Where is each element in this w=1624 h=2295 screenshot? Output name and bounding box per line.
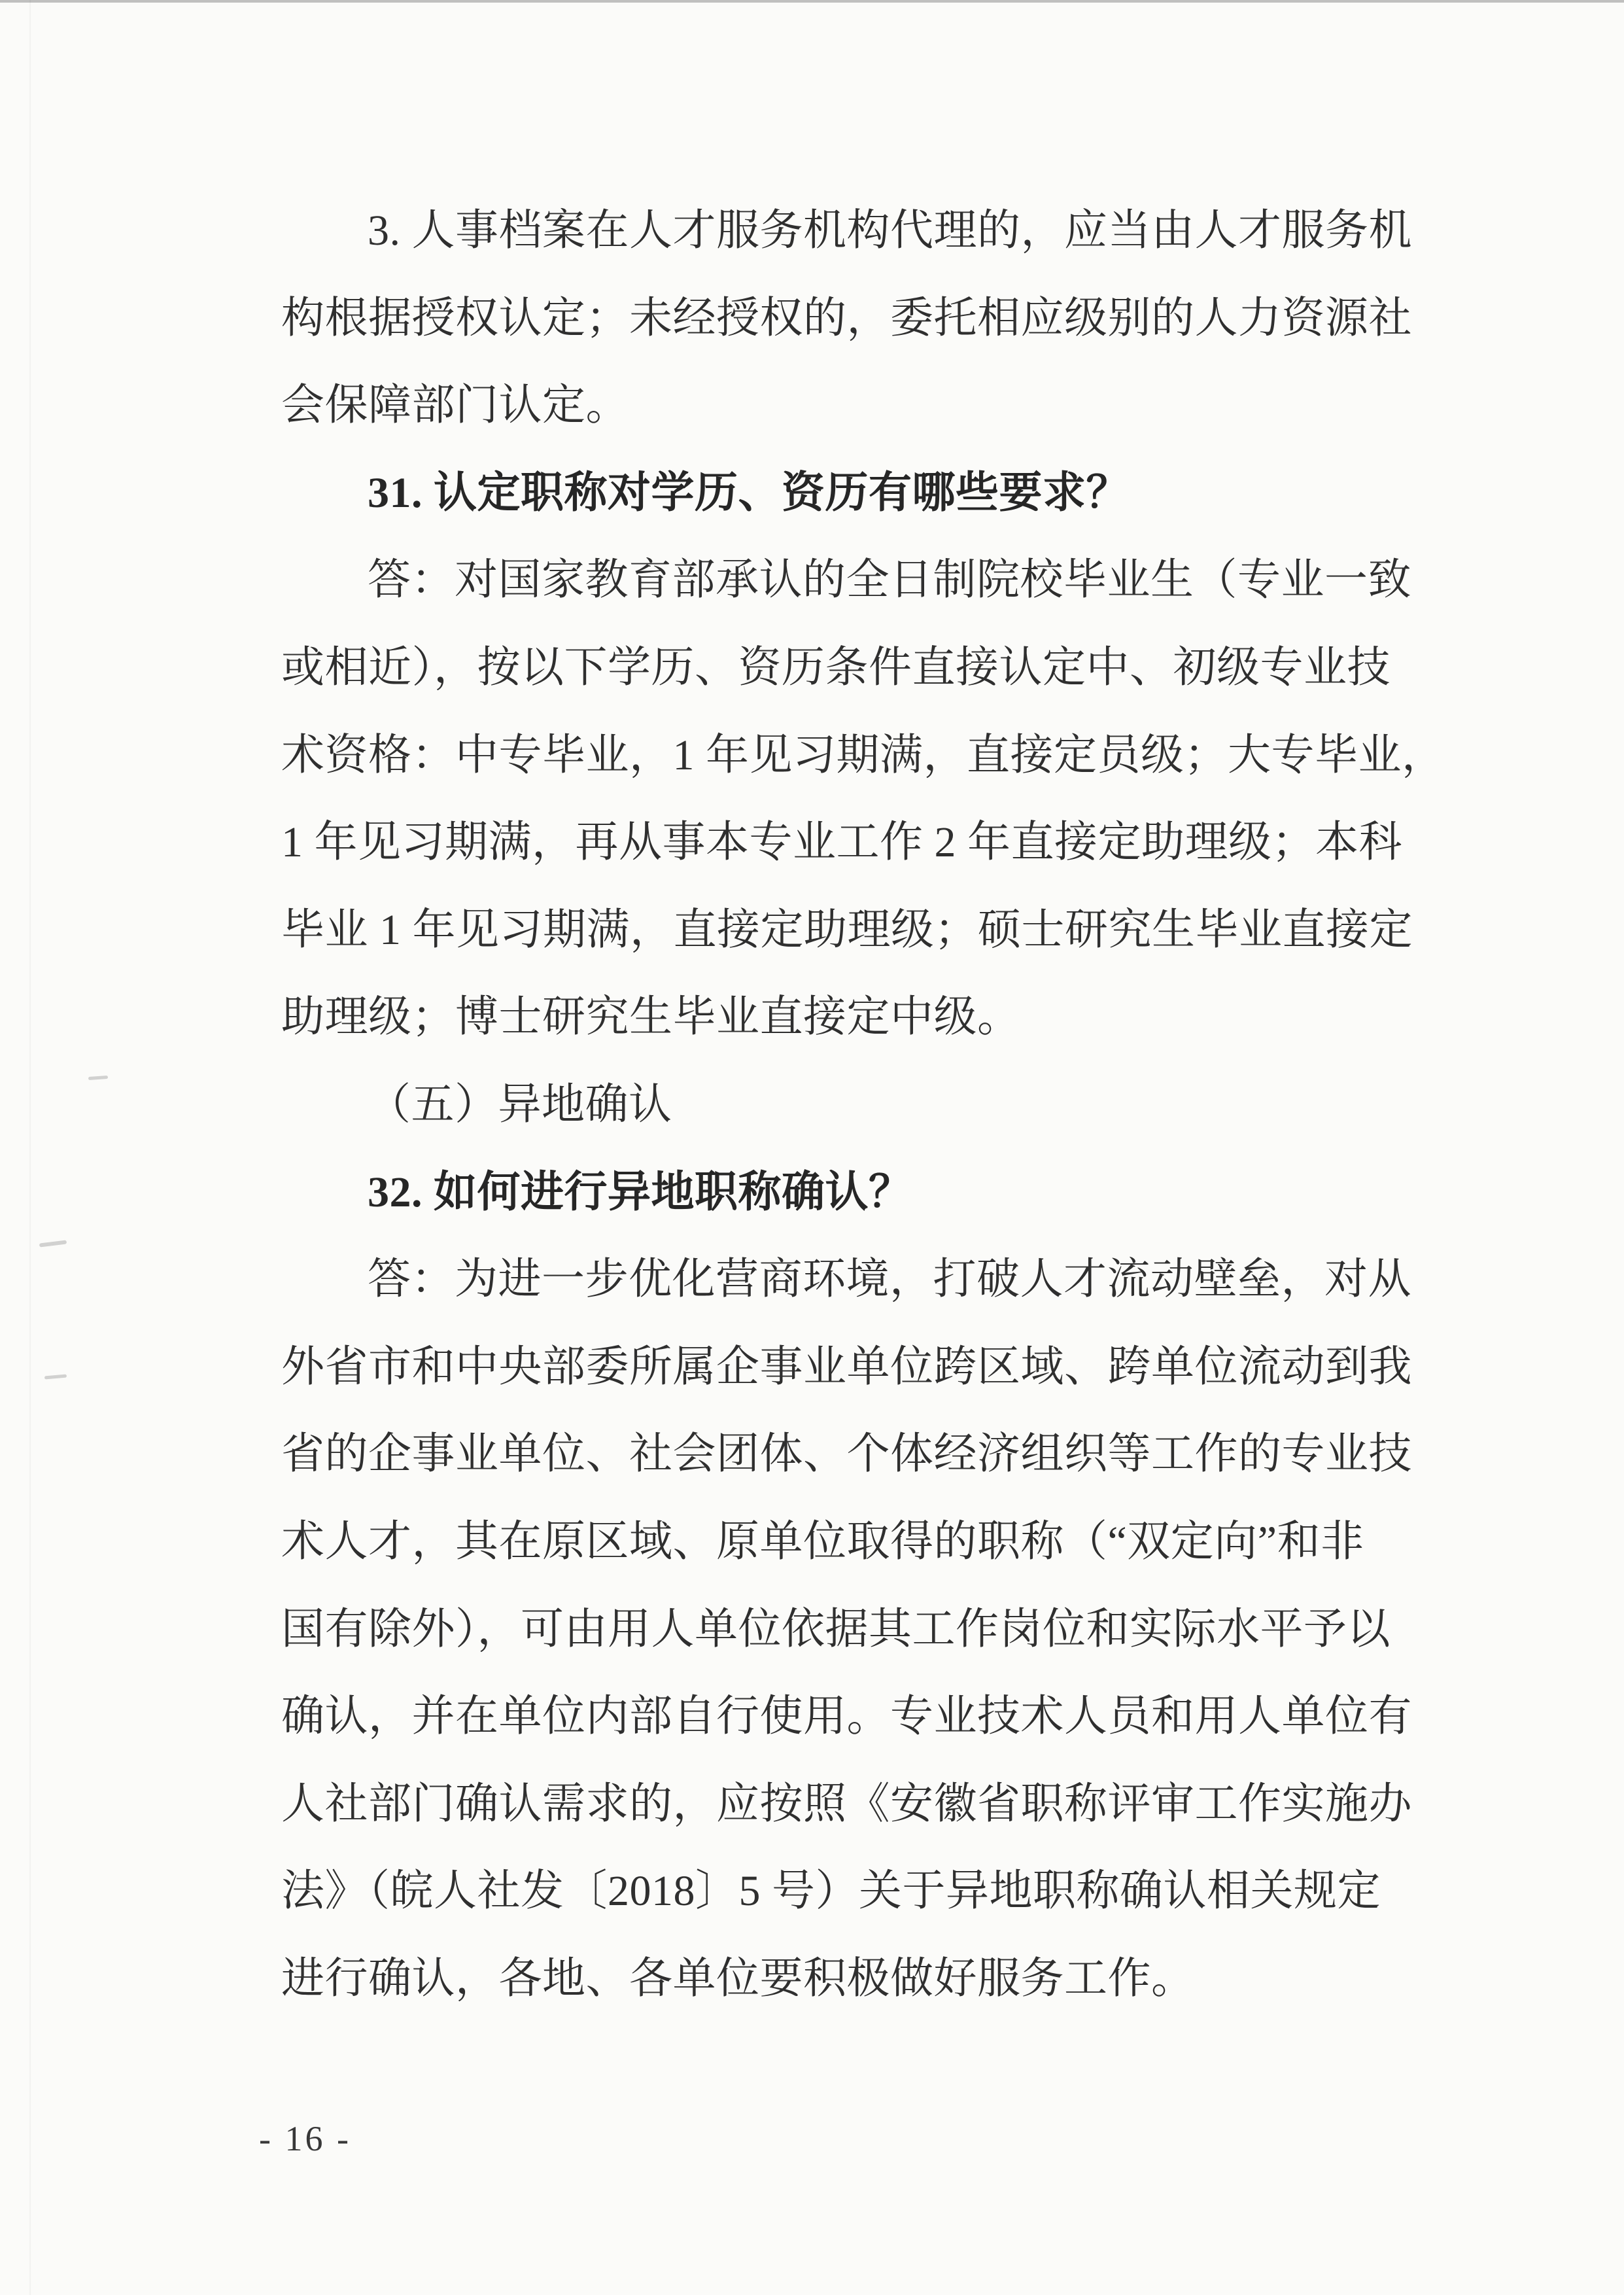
text-line: 术人才，其在原区域、原单位取得的职称（“双定向”和非 bbox=[281, 1498, 1410, 1586]
section-heading: （五）异地确认 bbox=[281, 1061, 1410, 1149]
text-line: 会保障部门认定。 bbox=[281, 362, 1410, 449]
text-line: 3. 人事档案在人才服务机构代理的，应当由人才服务机 bbox=[281, 187, 1410, 275]
text-line: 1 年见习期满，再从事本专业工作 2 年直接定助理级；本科 bbox=[281, 799, 1410, 886]
scanned-document-page: 3. 人事档案在人才服务机构代理的，应当由人才服务机构根据授权认定；未经授权的，… bbox=[0, 0, 1624, 2295]
text-line: 人社部门确认需求的，应按照《安徽省职称评审工作实施办 bbox=[281, 1761, 1410, 1848]
text-line: 法》（皖人社发〔2018〕5 号）关于异地职称确认相关规定 bbox=[281, 1848, 1410, 1935]
document-body: 3. 人事档案在人才服务机构代理的，应当由人才服务机构根据授权认定；未经授权的，… bbox=[281, 187, 1410, 2022]
text-line: 或相近），按以下学历、资历条件直接认定中、初级专业技 bbox=[281, 624, 1410, 712]
text-line: 术资格：中专毕业，1 年见习期满，直接定员级；大专毕业， bbox=[281, 712, 1410, 799]
scan-speck-artifact bbox=[39, 1240, 67, 1247]
text-line: 确认，并在单位内部自行使用。专业技术人员和用人单位有 bbox=[281, 1673, 1410, 1761]
text-line: 进行确认，各地、各单位要积极做好服务工作。 bbox=[281, 1935, 1410, 2023]
page-number: - 16 - bbox=[259, 2117, 351, 2160]
scan-left-edge-artifact bbox=[29, 0, 31, 2295]
scan-top-edge-artifact bbox=[0, 0, 1624, 3]
question-heading: 32. 如何进行异地职称确认？ bbox=[281, 1149, 1410, 1236]
scan-speck-artifact bbox=[88, 1076, 108, 1080]
text-line: 毕业 1 年见习期满，直接定助理级；硕士研究生毕业直接定 bbox=[281, 886, 1410, 974]
question-heading: 31. 认定职称对学历、资历有哪些要求？ bbox=[281, 449, 1410, 537]
text-line: 助理级；博士研究生毕业直接定中级。 bbox=[281, 973, 1410, 1061]
text-line: 国有除外），可由用人单位依据其工作岗位和实际水平予以 bbox=[281, 1586, 1410, 1673]
text-line: 答：为进一步优化营商环境，打破人才流动壁垒，对从 bbox=[281, 1236, 1410, 1323]
text-line: 构根据授权认定；未经授权的，委托相应级别的人力资源社 bbox=[281, 275, 1410, 362]
scan-speck-artifact bbox=[44, 1375, 67, 1380]
text-line: 答：对国家教育部承认的全日制院校毕业生（专业一致 bbox=[281, 536, 1410, 624]
text-line: 省的企事业单位、社会团体、个体经济组织等工作的专业技 bbox=[281, 1410, 1410, 1498]
text-line: 外省市和中央部委所属企事业单位跨区域、跨单位流动到我 bbox=[281, 1323, 1410, 1411]
